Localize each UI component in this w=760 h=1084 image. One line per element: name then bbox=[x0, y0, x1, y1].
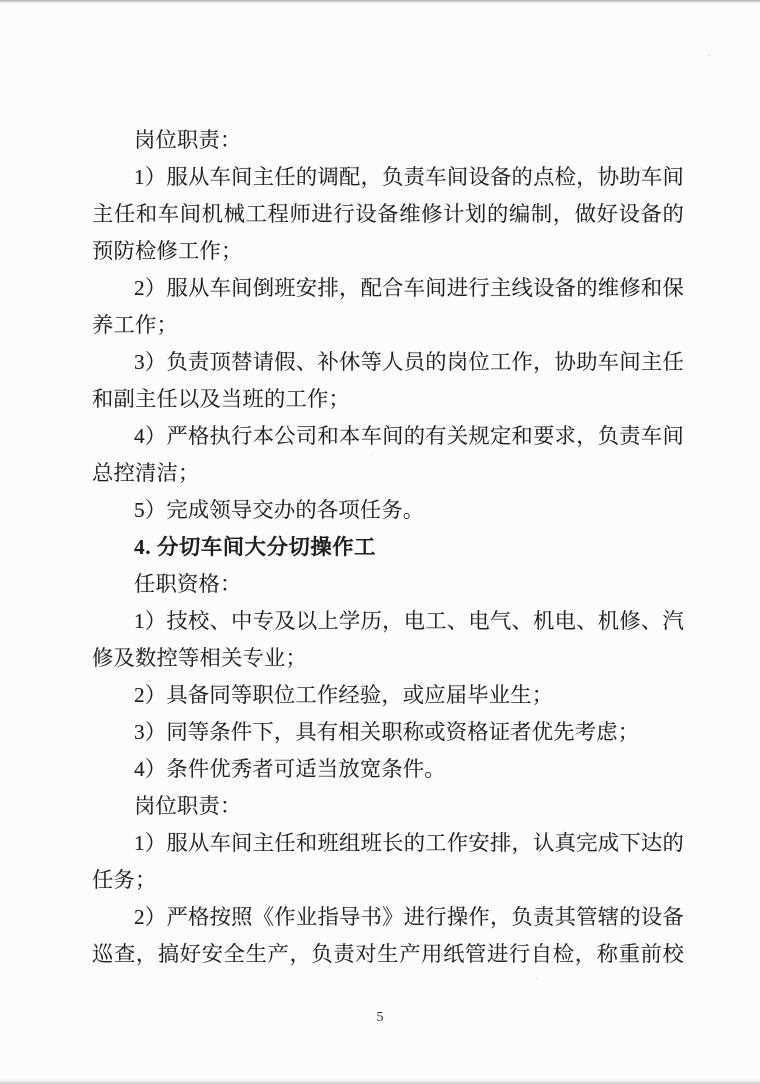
text-line: 任职资格： bbox=[92, 566, 684, 603]
text-line: 1）服从车间主任和班组班长的工作安排，认真完成下达的 bbox=[92, 825, 684, 862]
scan-speck bbox=[536, 978, 538, 980]
text-line: 总控清洁； bbox=[92, 455, 684, 492]
section-heading-line: 4. 分切车间大分切操作工 bbox=[92, 529, 684, 566]
text-line: 岗位职责： bbox=[92, 788, 684, 825]
document-page: 岗位职责：1）服从车间主任的调配，负责车间设备的点检，协助车间主任和车间机械工程… bbox=[0, 0, 760, 1084]
scan-speck bbox=[708, 54, 711, 56]
scan-edge-bottom bbox=[0, 1079, 760, 1084]
text-line: 修及数控等相关专业； bbox=[92, 640, 684, 677]
text-line: 3）同等条件下，具有相关职称或资格证者优先考虑； bbox=[92, 714, 684, 751]
text-line: 巡查，搞好安全生产，负责对生产用纸管进行自检，称重前校 bbox=[92, 936, 684, 973]
text-line: 4）条件优秀者可适当放宽条件。 bbox=[92, 751, 684, 788]
text-line: 任务； bbox=[92, 862, 684, 899]
text-line: 2）服从车间倒班安排，配合车间进行主线设备的维修和保 bbox=[92, 270, 684, 307]
scan-edge-top bbox=[0, 0, 760, 4]
text-line: 岗位职责： bbox=[92, 122, 684, 159]
text-line: 1）技校、中专及以上学历，电工、电气、机电、机修、汽 bbox=[92, 603, 684, 640]
page-number: 5 bbox=[0, 1010, 760, 1026]
text-line: 养工作； bbox=[92, 307, 684, 344]
text-line: 1）服从车间主任的调配，负责车间设备的点检，协助车间 bbox=[92, 159, 684, 196]
document-body: 岗位职责：1）服从车间主任的调配，负责车间设备的点检，协助车间主任和车间机械工程… bbox=[92, 122, 684, 973]
text-line: 4）严格执行本公司和本车间的有关规定和要求，负责车间 bbox=[92, 418, 684, 455]
text-line: 2）具备同等职位工作经验，或应届毕业生； bbox=[92, 677, 684, 714]
text-line: 预防检修工作； bbox=[92, 233, 684, 270]
text-line: 和副主任以及当班的工作； bbox=[92, 381, 684, 418]
text-line: 5）完成领导交办的各项任务。 bbox=[92, 492, 684, 529]
text-line: 主任和车间机械工程师进行设备维修计划的编制，做好设备的 bbox=[92, 196, 684, 233]
text-line: 3）负责顶替请假、补休等人员的岗位工作，协助车间主任 bbox=[92, 344, 684, 381]
text-line: 2）严格按照《作业指导书》进行操作，负责其管辖的设备 bbox=[92, 899, 684, 936]
